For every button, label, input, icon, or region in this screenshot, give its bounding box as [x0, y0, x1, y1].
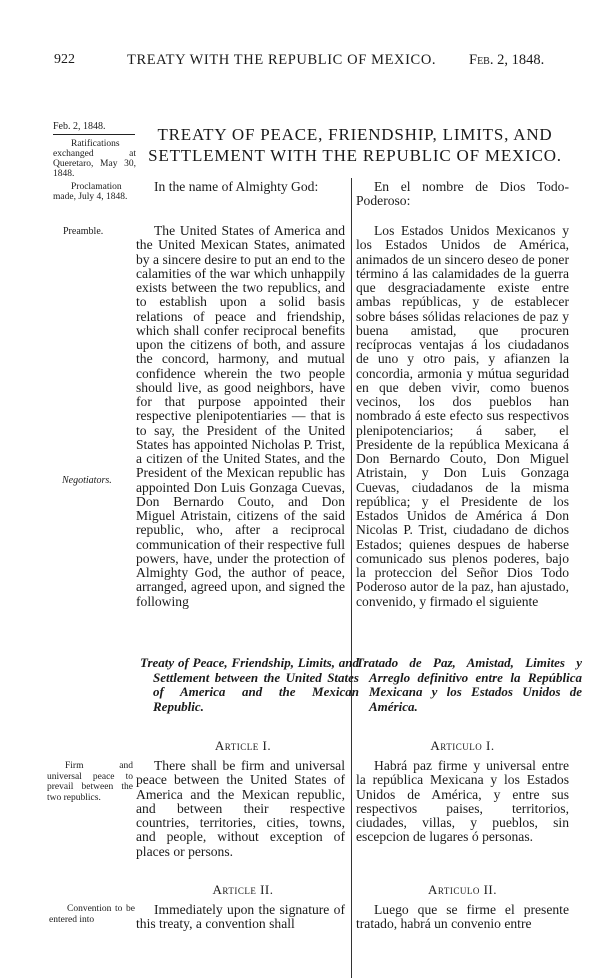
- margin-note-date: Feb. 2, 1848.: [53, 122, 135, 135]
- margin-note-ratifications: Ratifications exchanged at Queretaro, Ma…: [53, 139, 136, 179]
- preamble-text: The United States of America and the Uni…: [136, 224, 345, 609]
- margin-note-proclamation: Proclamation made, July 4, 1848.: [53, 182, 136, 202]
- article-text: Luego que se firme el presente tratado, …: [356, 903, 569, 932]
- spanish-invocation: En el nombre de Dios Todo-Poderoso:: [356, 180, 569, 209]
- spanish-article-1-heading: Articulo I.: [356, 738, 569, 754]
- english-preamble: The United States of America and the Uni…: [136, 224, 345, 609]
- page-number: 922: [54, 52, 75, 68]
- english-article-1: There shall be firm and universal peace …: [136, 759, 345, 859]
- english-article-2: Immediately upon the signature of this t…: [136, 903, 345, 932]
- english-treaty-title: Treaty of Peace, Friendship, Limits, and…: [140, 656, 359, 714]
- spanish-preamble: Los Estados Unidos Mexicanos y los Estad…: [356, 224, 569, 609]
- spanish-article-2-heading: Articulo II.: [356, 882, 569, 898]
- english-article-2-heading: Article II.: [140, 882, 346, 898]
- margin-note-firm-peace: Firm and universal peace to prevail betw…: [47, 761, 133, 803]
- margin-note-preamble: Preamble.: [63, 227, 103, 237]
- article-text: Habrá paz firme y universal entre la rep…: [356, 759, 569, 845]
- margin-note-convention: Convention to be entered into: [49, 904, 135, 925]
- spanish-article-2: Luego que se firme el presente tratado, …: [356, 903, 569, 932]
- running-date: Feb. 2, 1848.: [469, 52, 544, 69]
- english-article-1-heading: Article I.: [140, 738, 346, 754]
- invocation-text: In the name of Almighty God:: [136, 180, 345, 194]
- running-title: TREATY WITH THE REPUBLIC OF MEXICO.: [127, 52, 436, 69]
- column-divider: [351, 178, 352, 978]
- invocation-text: En el nombre de Dios Todo-Poderoso:: [356, 180, 569, 209]
- spanish-article-1: Habrá paz firme y universal entre la rep…: [356, 759, 569, 845]
- preamble-text: Los Estados Unidos Mexicanos y los Estad…: [356, 224, 569, 609]
- main-title: TREATY OF PEACE, FRIENDSHIP, LIMITS, AND…: [140, 124, 570, 166]
- english-invocation: In the name of Almighty God:: [136, 180, 345, 194]
- article-text: Immediately upon the signature of this t…: [136, 903, 345, 932]
- article-text: There shall be firm and universal peace …: [136, 759, 345, 859]
- margin-note-negotiators: Negotiators.: [62, 476, 112, 486]
- running-head: 922 TREATY WITH THE REPUBLIC OF MEXICO. …: [0, 52, 610, 72]
- spanish-treaty-title: Tratado de Paz, Amistad, Limites y Arreg…: [356, 656, 582, 714]
